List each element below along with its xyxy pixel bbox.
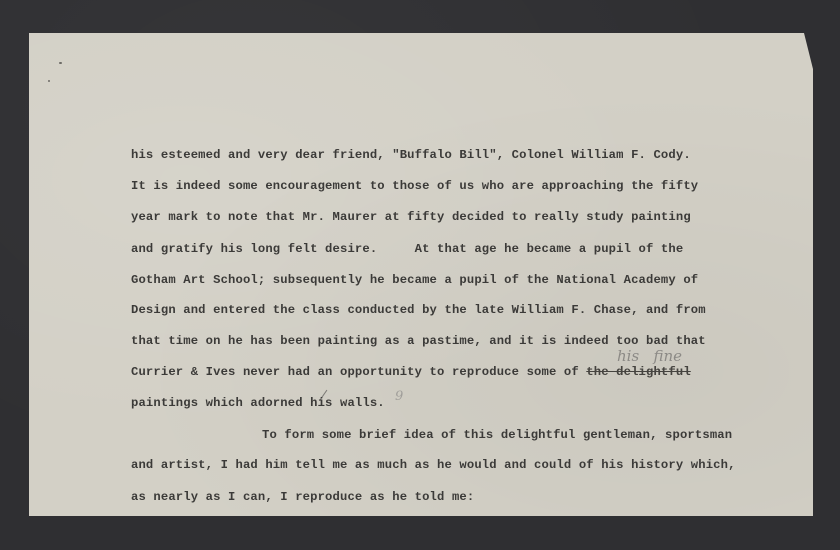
text-line-3: year mark to note that Mr. Maurer at fif…: [131, 210, 691, 224]
text-line-7: that time on he has been painting as a p…: [131, 334, 706, 348]
text-line-10: To form some brief idea of this delightf…: [262, 428, 732, 442]
text-line-8: Currier & Ives never had an opportunity …: [131, 365, 691, 379]
text-line-1: his esteemed and very dear friend, "Buff…: [131, 148, 691, 162]
text-line-5: Gotham Art School; subsequently he becam…: [131, 273, 698, 287]
document-page: his esteemed and very dear friend, "Buff…: [29, 33, 813, 516]
text-line-12: as nearly as I can, I reproduce as he to…: [131, 490, 474, 504]
text-line-9: paintings which adorned his walls.: [131, 396, 385, 410]
text-line-2: It is indeed some encouragement to those…: [131, 179, 698, 193]
text-line-4: and gratify his long felt desire. At tha…: [131, 242, 683, 256]
margin-mark: 9: [395, 389, 403, 404]
text-line-11: and artist, I had him tell me as much as…: [131, 458, 736, 472]
handwritten-correction: his fine: [617, 347, 682, 365]
text-line-8-main: Currier & Ives never had an opportunity …: [131, 365, 586, 379]
paper-speck: [48, 80, 50, 82]
paper-speck: [59, 62, 62, 64]
struck-text: the delightful: [586, 365, 691, 379]
text-line-6: Design and entered the class conducted b…: [131, 303, 706, 317]
